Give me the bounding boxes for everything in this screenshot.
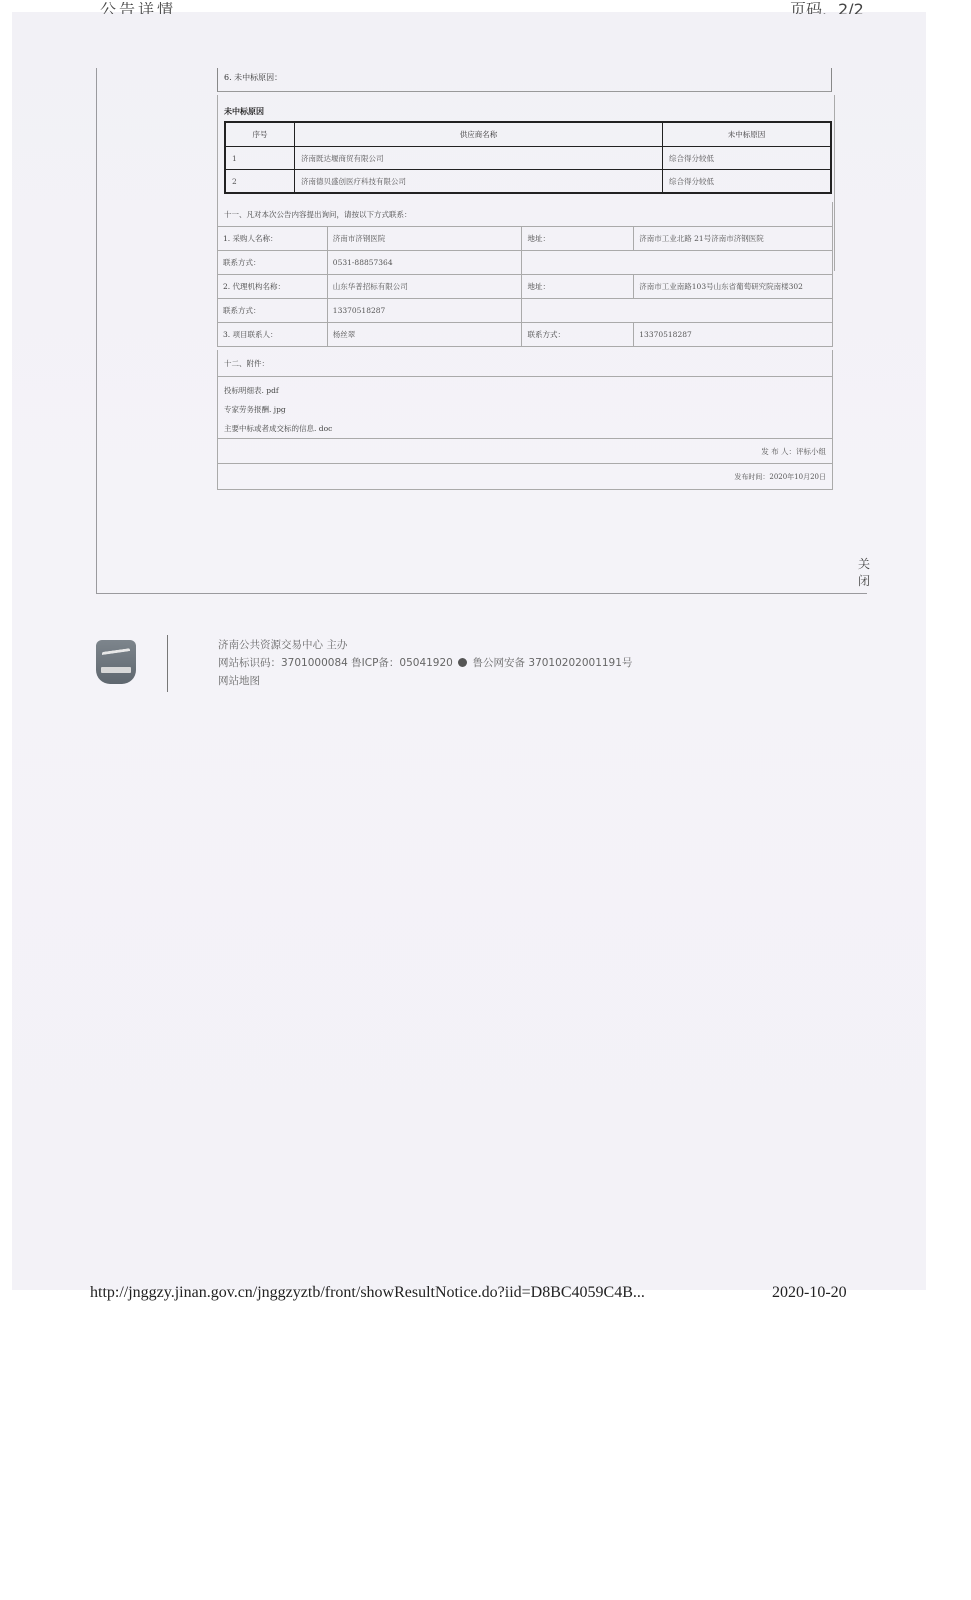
row-reason: 综合得分较低	[663, 170, 832, 194]
col-no: 序号	[225, 122, 295, 147]
col-supplier: 供应商名称	[295, 122, 663, 147]
project-phone-label: 联系方式：	[522, 323, 634, 347]
row-no: 1	[225, 147, 295, 170]
agency-address: 济南市工业南路103号山东省葡萄研究院南楼302	[634, 275, 833, 299]
print-footer: http://jnggzy.jinan.gov.cn/jnggzyztb/fro…	[90, 1284, 645, 1302]
col-reason: 未中标原因	[663, 122, 832, 147]
publish-time: 发布时间：2020年10月20日	[217, 464, 833, 490]
footer-police-record[interactable]: 鲁公网安备 37010202001191号	[473, 657, 633, 669]
ship-icon	[102, 648, 130, 665]
project-contact-label: 3. 项目联系人：	[218, 323, 328, 347]
reason-table: 序号 供应商名称 未中标原因 1 济南既达堰商贸有限公司 综合得分较低 2 济南…	[224, 121, 832, 194]
close-link[interactable]: 关闭	[858, 555, 872, 589]
footer-registration: 网站标识码：3701000084 鲁ICP备：05041920 鲁公网安备 37…	[218, 654, 632, 672]
contact-row: 1. 采购人名称： 济南市济钢医院 地址： 济南市工业北路 21号济南市济钢医院	[218, 227, 833, 251]
footer-icp[interactable]: 网站标识码：3701000084 鲁ICP备：05041920	[218, 657, 453, 669]
footer-sitemap-link[interactable]: 网站地图	[218, 672, 632, 690]
purchaser-label: 1. 采购人名称：	[218, 227, 328, 251]
police-badge-icon	[458, 658, 467, 667]
print-header-page-number: 页码，2/2	[790, 2, 864, 14]
print-footer-url: http://jnggzy.jinan.gov.cn/jnggzyztb/fro…	[90, 1284, 645, 1301]
footer-divider	[167, 635, 168, 692]
table-row: 1 济南既达堰商贸有限公司 综合得分较低	[225, 147, 831, 170]
attachment-link-doc[interactable]: 主要中标或者成交标的信息. doc	[224, 419, 826, 438]
attachments-heading: 十二、附件：	[217, 350, 833, 377]
empty-cell	[522, 251, 833, 275]
contact-table: 1. 采购人名称： 济南市济钢医院 地址： 济南市工业北路 21号济南市济钢医院…	[217, 226, 833, 347]
purchaser-address: 济南市工业北路 21号济南市济钢医院	[634, 227, 833, 251]
purchaser-name: 济南市济钢医院	[327, 227, 522, 251]
attachment-link-pdf[interactable]: 投标明细表. pdf	[224, 381, 826, 400]
agency-name: 山东华普招标有限公司	[327, 275, 522, 299]
gov-site-badge-icon[interactable]	[96, 640, 136, 684]
row-reason: 综合得分较低	[663, 147, 832, 170]
agency-phone: 13370518287	[327, 299, 522, 323]
contact-heading: 十一、凡对本次公告内容提出询问，请按以下方式联系：	[217, 202, 833, 227]
print-header-title: 公告详情	[100, 2, 176, 14]
contact-row: 3. 项目联系人： 杨丝翠 联系方式： 13370518287	[218, 323, 833, 347]
agency-phone-label: 联系方式：	[218, 299, 328, 323]
agency-address-label: 地址：	[522, 275, 634, 299]
attachment-link-jpg[interactable]: 专家劳务报酬. jpg	[224, 400, 826, 419]
badge-label-bar	[101, 667, 131, 673]
row-supplier: 济南德贝盛创医疗科技有限公司	[295, 170, 663, 194]
project-contact: 杨丝翠	[327, 323, 522, 347]
project-phone: 13370518287	[634, 323, 833, 347]
empty-cell	[522, 299, 833, 323]
purchaser-phone: 0531-88857364	[327, 251, 522, 275]
attachments-list: 投标明细表. pdf 专家劳务报酬. jpg 主要中标或者成交标的信息. doc	[217, 377, 833, 439]
row-supplier: 济南既达堰商贸有限公司	[295, 147, 663, 170]
contact-row: 2. 代理机构名称： 山东华普招标有限公司 地址： 济南市工业南路103号山东省…	[218, 275, 833, 299]
purchaser-phone-label: 联系方式：	[218, 251, 328, 275]
footer-sponsor: 济南公共资源交易中心 主办	[218, 636, 632, 654]
agency-label: 2. 代理机构名称：	[218, 275, 328, 299]
purchaser-address-label: 地址：	[522, 227, 634, 251]
site-footer: 济南公共资源交易中心 主办 网站标识码：3701000084 鲁ICP备：050…	[218, 636, 632, 690]
contact-row: 联系方式： 0531-88857364	[218, 251, 833, 275]
publisher: 发 布 人：评标小组	[217, 439, 833, 464]
reason-subtitle: 未中标原因	[224, 106, 264, 117]
row-no: 2	[225, 170, 295, 194]
section-6-heading: 6. 未中标原因：	[217, 68, 832, 92]
contact-row: 联系方式： 13370518287	[218, 299, 833, 323]
print-footer-date: 2020-10-20	[772, 1284, 847, 1302]
table-row: 2 济南德贝盛创医疗科技有限公司 综合得分较低	[225, 170, 831, 194]
reason-table-header: 序号 供应商名称 未中标原因	[225, 122, 831, 147]
